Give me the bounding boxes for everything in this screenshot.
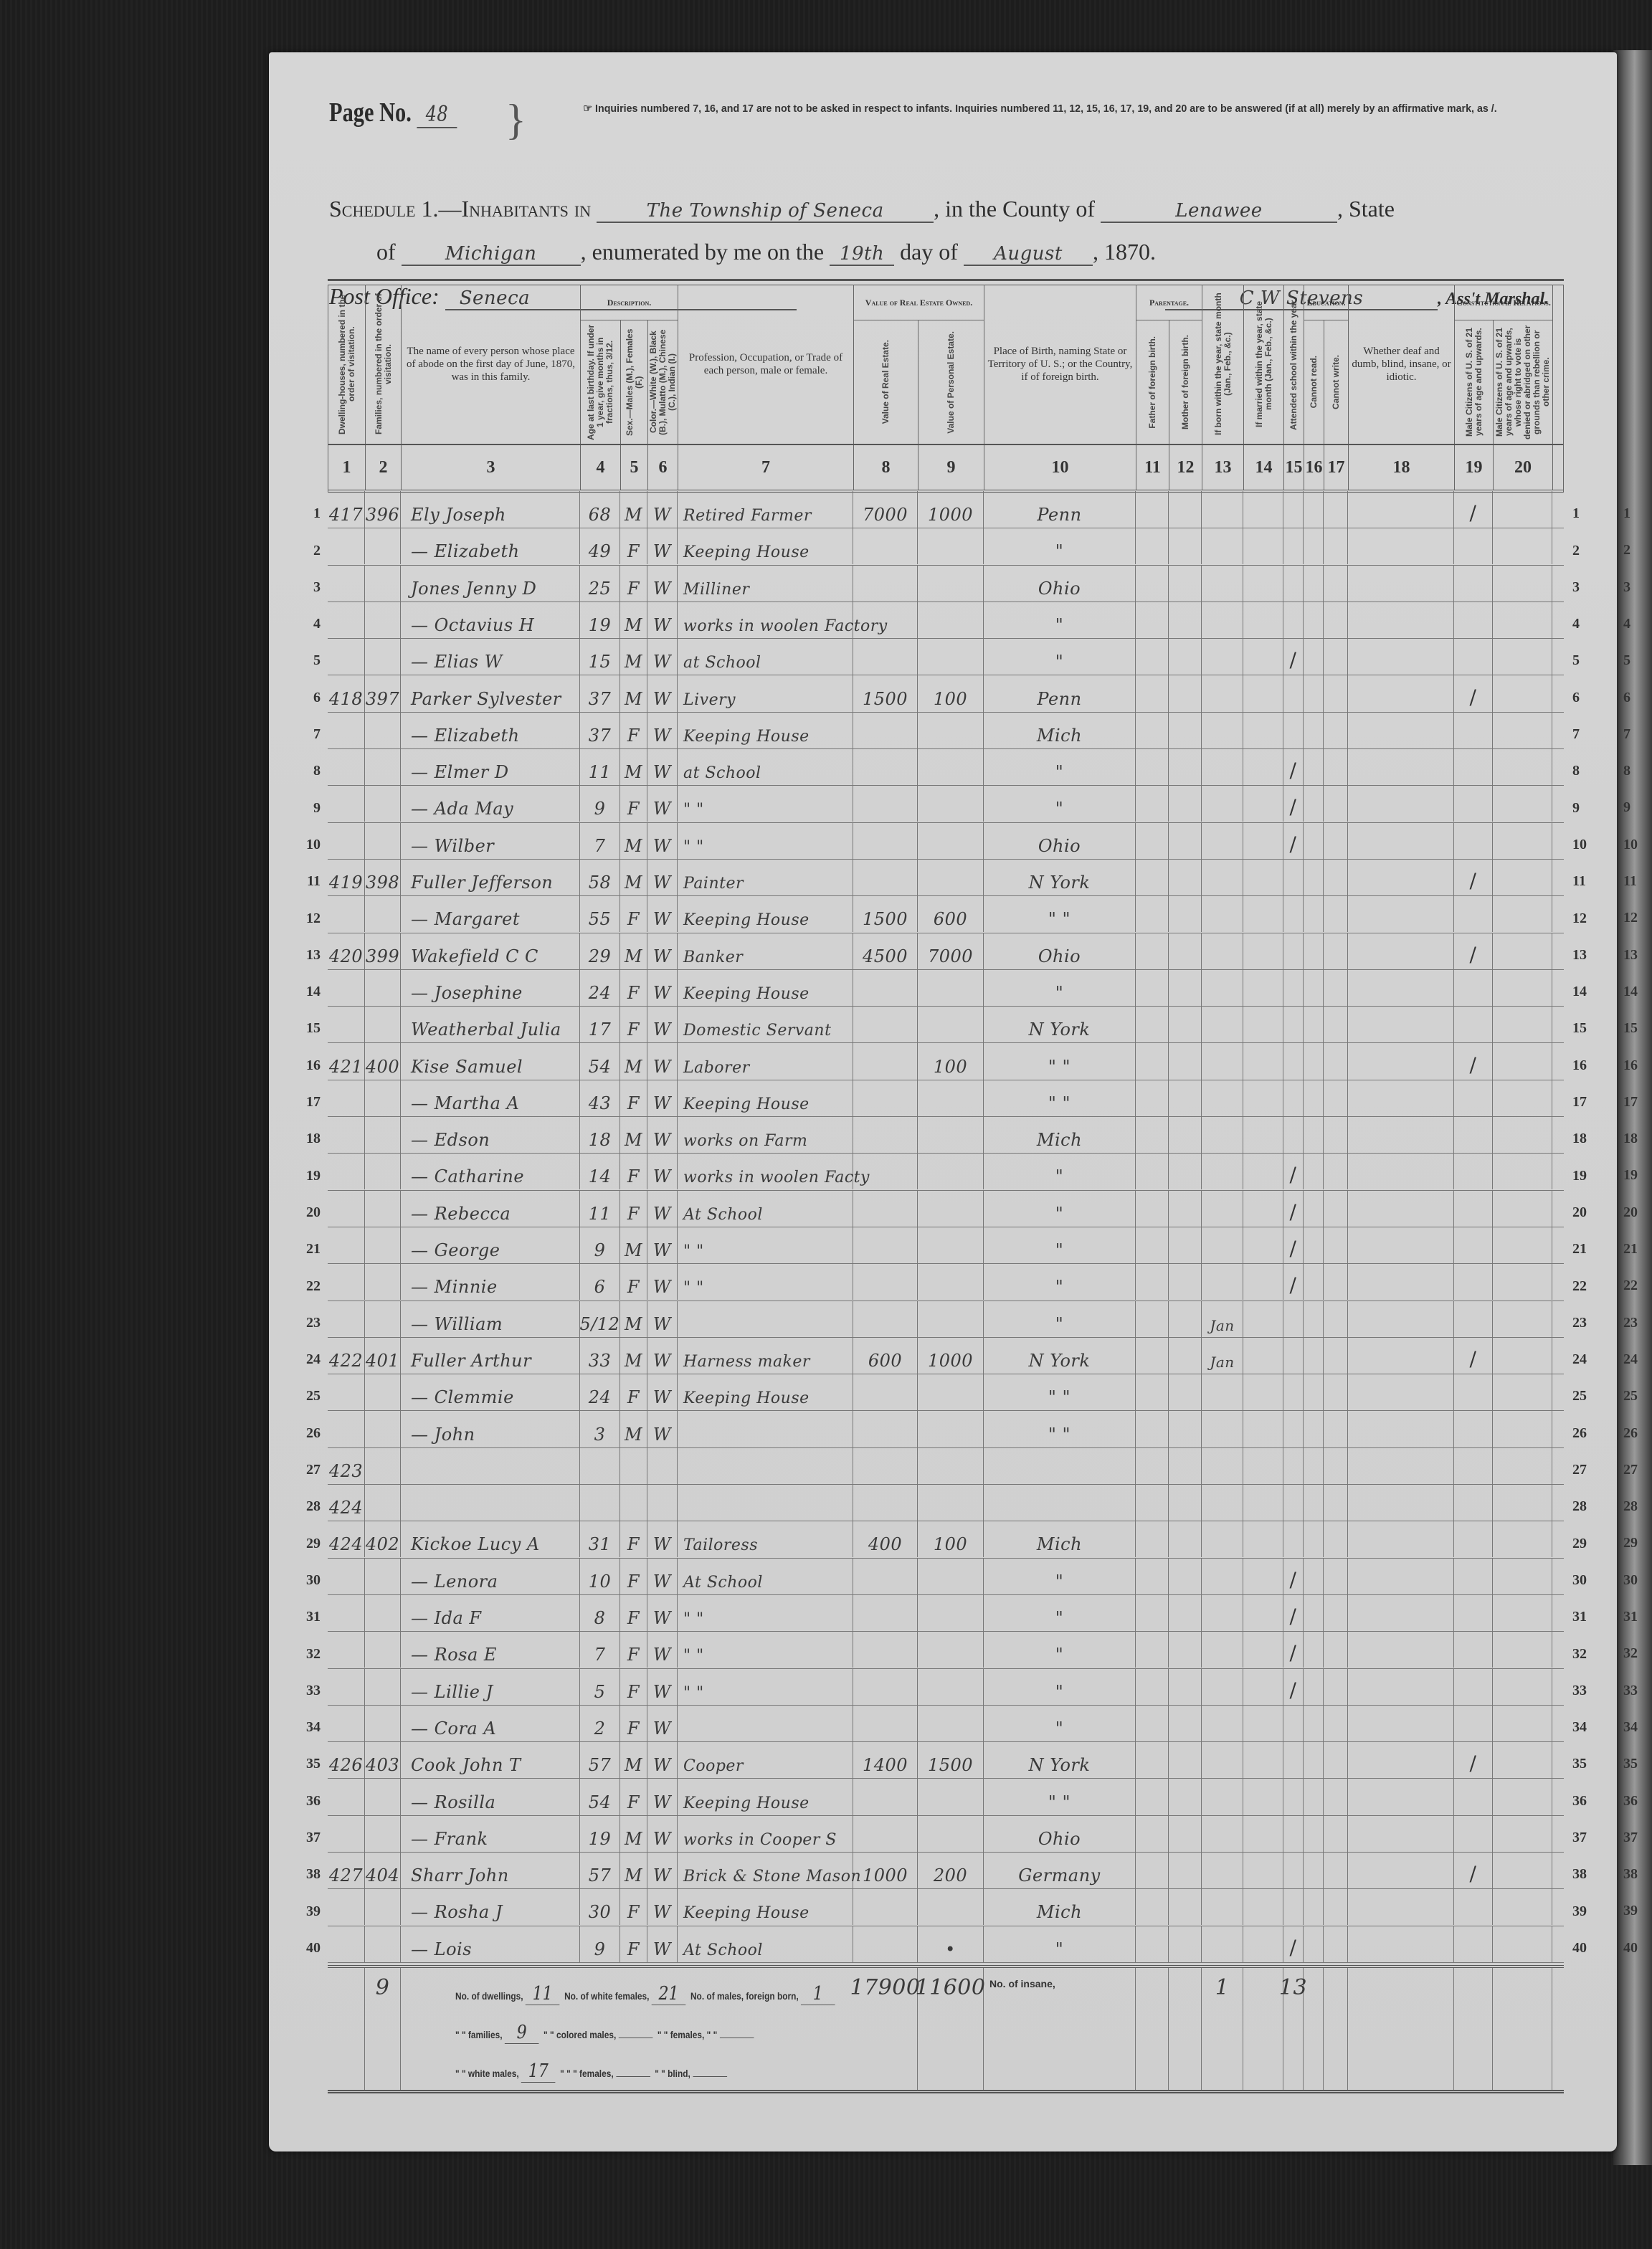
cell-age: 9: [580, 1227, 620, 1263]
cell-empty: [1493, 1411, 1552, 1447]
line-number: 37: [292, 1830, 321, 1846]
line-number: 6: [1572, 690, 1601, 706]
cell-empty: [1169, 785, 1202, 822]
cell-attended-school: /: [1283, 1263, 1304, 1300]
cell-occupation: Milliner: [678, 565, 853, 602]
cell-empty: [1136, 1741, 1169, 1778]
cell-empty: [1136, 1227, 1169, 1263]
cell-empty: [1493, 712, 1552, 748]
cell-empty: [1169, 1594, 1202, 1631]
cell-empty: [1304, 1594, 1324, 1631]
column-header-18: Whether deaf and dumb, blind, insane, or…: [1349, 285, 1455, 444]
blind-count: [693, 2076, 727, 2077]
line-number: 9: [1623, 799, 1630, 816]
cell-born-month: [1202, 1227, 1243, 1263]
cell-empty: [1324, 1888, 1348, 1925]
line-number: 7: [1623, 726, 1630, 743]
cell-real-estate: [853, 1080, 918, 1116]
cell-occupation: [678, 1301, 853, 1337]
cell-sex: M: [620, 1741, 647, 1778]
cell-citizen: [1454, 1926, 1493, 1962]
cell-real-estate: [853, 1888, 918, 1925]
line-number: 31: [1623, 1609, 1638, 1625]
cell-empty: [1243, 895, 1283, 932]
cell-empty: [1348, 1926, 1454, 1962]
table-row: 99— Ada May9FW" ""/: [328, 785, 1564, 822]
cell-empty: [1348, 859, 1454, 895]
white-males-count: 17: [521, 2060, 556, 2083]
cell-empty: [1324, 1815, 1348, 1852]
summary-counts: No. of dwellings, 11 No. of white female…: [455, 1977, 835, 2093]
cell-real-estate: [853, 565, 918, 602]
cell-citizen: [1454, 1779, 1493, 1815]
cell-empty: [1136, 1668, 1169, 1705]
cell-personal-estate: [918, 1631, 984, 1668]
cell-birthplace: ": [984, 969, 1136, 1006]
line-number: 14: [1572, 984, 1601, 1000]
cell-real-estate: 4500: [853, 933, 918, 969]
cell-born-month: [1202, 565, 1243, 602]
cell-empty: [1324, 1263, 1348, 1300]
cell-sex: M: [620, 1301, 647, 1337]
cell-birthplace: ": [984, 1153, 1136, 1189]
cell-age: [580, 1484, 620, 1521]
column-number: 11: [1136, 445, 1169, 490]
cell-dwelling: [328, 1815, 365, 1852]
cell-dwelling: 421: [328, 1043, 365, 1080]
cell-attended-school: [1283, 1705, 1304, 1741]
cell-name: [401, 1447, 580, 1484]
cell-color: W: [647, 675, 678, 712]
cell-citizen: [1454, 602, 1493, 638]
table-row: 3535426403Cook John T57MWCooper14001500N…: [328, 1741, 1564, 1779]
cell-born-month: [1202, 1741, 1243, 1778]
cell-empty: [1493, 748, 1552, 785]
column-number: 1: [328, 445, 366, 490]
cell-dwelling: [328, 1374, 365, 1410]
cell-occupation: At School: [678, 1190, 853, 1227]
cell-empty: [1243, 1926, 1283, 1962]
line-number: 10: [292, 837, 321, 853]
cell-name: — George: [401, 1227, 580, 1263]
cell-empty: [1348, 748, 1454, 785]
cell-empty: [1169, 1227, 1202, 1263]
cell-empty: [1243, 565, 1283, 602]
cell-empty: [1136, 491, 1169, 528]
cell-real-estate: [853, 1301, 918, 1337]
cell-born-month: [1202, 1852, 1243, 1888]
cell-sex: M: [620, 933, 647, 969]
line-number: 18: [292, 1131, 321, 1147]
cell-sex: F: [620, 1594, 647, 1631]
cell-occupation: at School: [678, 748, 853, 785]
cell-dwelling: [328, 1190, 365, 1227]
cell-born-month: [1202, 1411, 1243, 1447]
cell-dwelling: [328, 528, 365, 564]
cell-empty: [1243, 1190, 1283, 1227]
line-number: 18: [1623, 1131, 1638, 1147]
cell-empty: [1243, 528, 1283, 564]
table-row: 3737— Frank19MWworks in Cooper SOhio: [328, 1815, 1564, 1853]
cell-empty: [1136, 1190, 1169, 1227]
summary-total: 9: [365, 1968, 401, 2090]
cell-age: 8: [580, 1594, 620, 1631]
cell-personal-estate: 100: [918, 675, 984, 712]
cell-color: W: [647, 1153, 678, 1189]
column-header-text: Value of Personal Estate.: [946, 328, 956, 437]
cell-name: Fuller Arthur: [401, 1337, 580, 1374]
cell-family: [365, 1006, 401, 1042]
cell-empty: [1243, 1521, 1283, 1557]
cell-attended-school: [1283, 1741, 1304, 1778]
cell-empty: [1304, 638, 1324, 675]
cell-real-estate: 1500: [853, 895, 918, 932]
cell-empty: [1136, 969, 1169, 1006]
cell-empty: [1169, 1190, 1202, 1227]
cell-occupation: Harness maker: [678, 1337, 853, 1374]
cell-dwelling: [328, 1153, 365, 1189]
cell-empty: [1348, 1631, 1454, 1668]
cell-born-month: [1202, 1116, 1243, 1153]
cell-sex: F: [620, 1153, 647, 1189]
cell-name: [401, 1484, 580, 1521]
cell-empty: [1304, 895, 1324, 932]
cell-birthplace: ": [984, 1301, 1136, 1337]
cell-name: — Wilber: [401, 822, 580, 859]
cell-empty: [1324, 785, 1348, 822]
line-number: 24: [1623, 1351, 1638, 1368]
summary-total: 1: [1202, 1968, 1243, 2090]
line-number: 33: [292, 1683, 321, 1699]
cell-name: Parker Sylvester: [401, 675, 580, 712]
cell-personal-estate: 200: [918, 1852, 984, 1888]
summary-total: 13: [1283, 1968, 1304, 2090]
cell-occupation: Keeping House: [678, 1779, 853, 1815]
cell-real-estate: [853, 528, 918, 564]
cell-family: [365, 638, 401, 675]
column-header-text: Attended school within the year.: [1289, 295, 1299, 433]
cell-citizen: /: [1454, 933, 1493, 969]
cell-family: 403: [365, 1741, 401, 1778]
column-header-19: Male Citizens of U. S. of 21 years of ag…: [1455, 320, 1494, 444]
column-header-text: If married within the year, state month …: [1255, 285, 1273, 444]
cell-empty: [1348, 675, 1454, 712]
column-header-14: If married within the year, state month …: [1244, 285, 1284, 444]
summary-cell: [1243, 1968, 1283, 2090]
cell-personal-estate: [918, 969, 984, 1006]
cell-personal-estate: [918, 1705, 984, 1741]
cell-empty: [1348, 1301, 1454, 1337]
cell-real-estate: [853, 1153, 918, 1189]
cell-empty: [1169, 1668, 1202, 1705]
cell-attended-school: [1283, 1888, 1304, 1925]
cell-real-estate: 1500: [853, 675, 918, 712]
cell-sex: F: [620, 1926, 647, 1962]
cell-empty: [1324, 1190, 1348, 1227]
cell-citizen: [1454, 1153, 1493, 1189]
cell-empty: [1304, 675, 1324, 712]
cell-name: — John: [401, 1411, 580, 1447]
cell-attended-school: [1283, 602, 1304, 638]
cell-occupation: Retired Farmer: [678, 491, 853, 528]
cell-citizen: [1454, 1301, 1493, 1337]
cell-dwelling: [328, 1705, 365, 1741]
cell-birthplace: ": [984, 1558, 1136, 1594]
cell-family: [365, 602, 401, 638]
cell-empty: [1348, 1815, 1454, 1852]
cell-family: [365, 565, 401, 602]
line-number: 21: [1623, 1241, 1638, 1257]
cell-empty: [1348, 822, 1454, 859]
column-number-row: 1234567891011121314151617181920: [328, 444, 1563, 493]
cell-name: — Rosa E: [401, 1631, 580, 1668]
cell-color: W: [647, 1741, 678, 1778]
cell-empty: [1169, 1374, 1202, 1410]
cell-empty: [1348, 933, 1454, 969]
line-number: 21: [292, 1241, 321, 1257]
cell-empty: [1493, 1815, 1552, 1852]
cell-name: Kickoe Lucy A: [401, 1521, 580, 1557]
table-row: 88— Elmer D11MWat School"/: [328, 748, 1564, 786]
cell-born-month: [1202, 748, 1243, 785]
line-number: 39: [292, 1903, 321, 1920]
cell-birthplace: ": [984, 1227, 1136, 1263]
cell-born-month: [1202, 638, 1243, 675]
cell-empty: [1243, 748, 1283, 785]
cell-empty: [1304, 1301, 1324, 1337]
cell-empty: [1493, 1926, 1552, 1962]
cell-occupation: Livery: [678, 675, 853, 712]
cell-empty: [1304, 1705, 1324, 1741]
line-number: 1: [1623, 505, 1630, 522]
cell-empty: [1304, 1116, 1324, 1153]
cell-empty: [1493, 895, 1552, 932]
cell-name: — Edson: [401, 1116, 580, 1153]
cell-sex: M: [620, 859, 647, 895]
cell-color: W: [647, 895, 678, 932]
line-number: 17: [292, 1094, 321, 1111]
cell-empty: [1243, 1852, 1283, 1888]
summary-cell: [1169, 1968, 1202, 2090]
cell-attended-school: [1283, 712, 1304, 748]
table-row: 3838427404Sharr John57MWBrick & Stone Ma…: [328, 1852, 1564, 1889]
line-number: 31: [1572, 1609, 1601, 1625]
column-header-text: Male Citizens of U. S. of 21 years of ag…: [1465, 320, 1484, 444]
line-number: 10: [1623, 837, 1638, 853]
column-header-1: Dwelling-houses, numbered in the order o…: [328, 285, 366, 444]
cell-age: 29: [580, 933, 620, 969]
cell-empty: [1136, 1521, 1169, 1557]
line-number: 22: [292, 1278, 321, 1295]
cell-sex: M: [620, 491, 647, 528]
cell-empty: [1169, 1741, 1202, 1778]
column-header-5: Sex.—Males (M.), Females (F.): [621, 320, 648, 444]
cell-personal-estate: [918, 859, 984, 895]
line-number: 11: [292, 873, 321, 890]
cell-citizen: /: [1454, 1043, 1493, 1080]
cell-empty: [1348, 1852, 1454, 1888]
cell-occupation: works in woolen Facty: [678, 1153, 853, 1189]
cell-color: W: [647, 1594, 678, 1631]
cell-empty: [1136, 1006, 1169, 1042]
cell-occupation: works in Cooper S: [678, 1815, 853, 1852]
cell-name: Ely Joseph: [401, 491, 580, 528]
cell-empty: [1493, 1631, 1552, 1668]
cell-empty: [1304, 602, 1324, 638]
cell-empty: [1324, 1668, 1348, 1705]
cell-sex: F: [620, 1080, 647, 1116]
cell-empty: [1348, 1006, 1454, 1042]
column-number: 15: [1284, 445, 1304, 490]
cell-occupation: Keeping House: [678, 1080, 853, 1116]
cell-empty: [1324, 712, 1348, 748]
cell-color: W: [647, 785, 678, 822]
line-number: 33: [1572, 1683, 1601, 1699]
cell-empty: [1493, 1153, 1552, 1189]
cell-name: — Cora A: [401, 1705, 580, 1741]
cell-family: [365, 1926, 401, 1962]
cell-citizen: [1454, 565, 1493, 602]
cell-empty: [1136, 1043, 1169, 1080]
line-number: 37: [1623, 1830, 1638, 1846]
cell-color: W: [647, 1043, 678, 1080]
cell-color: W: [647, 1558, 678, 1594]
line-number: 14: [292, 984, 321, 1000]
cell-empty: [1136, 712, 1169, 748]
cell-dwelling: 419: [328, 859, 365, 895]
line-number: 29: [1572, 1536, 1601, 1552]
cell-citizen: /: [1454, 1337, 1493, 1374]
cell-age: 2: [580, 1705, 620, 1741]
cell-empty: [1493, 1080, 1552, 1116]
summary-cell: [328, 1968, 365, 2090]
cell-empty: [1136, 1484, 1169, 1521]
cell-personal-estate: [918, 1080, 984, 1116]
column-header-6: Color.—White (W.), Black (B.), Mulatto (…: [648, 320, 678, 444]
cell-empty: [1493, 1668, 1552, 1705]
cell-family: 399: [365, 933, 401, 969]
cell-age: 24: [580, 1374, 620, 1410]
cell-empty: [1324, 602, 1348, 638]
cell-empty: [1348, 1594, 1454, 1631]
line-number: 30: [292, 1572, 321, 1589]
line-number: 27: [1623, 1462, 1638, 1478]
cell-empty: [1304, 528, 1324, 564]
summary-total: 17900: [853, 1968, 918, 2090]
line-number: 4: [1572, 616, 1601, 632]
cell-color: W: [647, 1080, 678, 1116]
cell-attended-school: [1283, 1043, 1304, 1080]
cell-empty: [1324, 969, 1348, 1006]
cell-empty: [1169, 675, 1202, 712]
cell-empty: [1348, 1411, 1454, 1447]
column-header-text: Value of Real Estate.: [881, 337, 891, 427]
cell-name: — Elizabeth: [401, 528, 580, 564]
column-header-text: Mother of foreign birth.: [1181, 332, 1190, 432]
cell-empty: [1493, 1484, 1552, 1521]
table-row: 3232— Rosa E7FW" ""/: [328, 1631, 1564, 1668]
cell-empty: [1493, 491, 1552, 528]
cell-age: 31: [580, 1521, 620, 1557]
line-number: 25: [292, 1388, 321, 1404]
column-group-title: Description.: [581, 285, 678, 320]
cell-sex: M: [620, 1116, 647, 1153]
cell-empty: [1324, 1043, 1348, 1080]
cell-sex: F: [620, 1190, 647, 1227]
cell-citizen: [1454, 1447, 1493, 1484]
cell-attended-school: /: [1283, 1631, 1304, 1668]
line-number: 28: [292, 1498, 321, 1515]
cell-dwelling: 426: [328, 1741, 365, 1778]
cell-citizen: [1454, 638, 1493, 675]
cell-occupation: " ": [678, 822, 853, 859]
cell-empty: [1304, 1447, 1324, 1484]
line-number: 40: [1572, 1940, 1601, 1956]
cell-birthplace: ": [984, 1190, 1136, 1227]
cell-empty: [1348, 528, 1454, 564]
line-number: 25: [1572, 1388, 1601, 1404]
column-header-text: Profession, Occupation, or Trade of each…: [678, 351, 853, 377]
cell-real-estate: [853, 638, 918, 675]
line-number: 26: [292, 1425, 321, 1442]
cell-empty: [1493, 933, 1552, 969]
cell-name: — Clemmie: [401, 1374, 580, 1410]
cell-name: Kise Samuel: [401, 1043, 580, 1080]
line-number: 28: [1623, 1498, 1638, 1515]
cell-color: W: [647, 969, 678, 1006]
cell-dwelling: [328, 1558, 365, 1594]
cell-sex: F: [620, 1668, 647, 1705]
cell-age: [580, 1447, 620, 1484]
cell-birthplace: " ": [984, 895, 1136, 932]
cell-empty: [1136, 1852, 1169, 1888]
cell-birthplace: " ": [984, 1779, 1136, 1815]
cell-empty: [1243, 785, 1283, 822]
cell-attended-school: /: [1283, 1926, 1304, 1962]
column-header-8: Value of Real Estate.: [854, 320, 918, 444]
colored-males-count: [619, 2038, 653, 2038]
summary-cell: [1136, 1968, 1169, 2090]
cell-real-estate: [853, 1190, 918, 1227]
cell-born-month: [1202, 933, 1243, 969]
cell-family: 397: [365, 675, 401, 712]
cell-attended-school: [1283, 491, 1304, 528]
cell-empty: [1304, 1888, 1324, 1925]
cell-empty: [1169, 491, 1202, 528]
table-row: 2121— George9MW" ""/: [328, 1227, 1564, 1264]
cell-color: W: [647, 565, 678, 602]
cell-attended-school: [1283, 1815, 1304, 1852]
table-row: 3030— Lenora10FWAt School"/: [328, 1558, 1564, 1595]
cell-family: [365, 1631, 401, 1668]
cell-personal-estate: [918, 1190, 984, 1227]
cell-empty: [1169, 1447, 1202, 1484]
cell-born-month: [1202, 1153, 1243, 1189]
cell-family: 400: [365, 1043, 401, 1080]
cell-empty: [1493, 1447, 1552, 1484]
cell-born-month: [1202, 1815, 1243, 1852]
cell-birthplace: ": [984, 602, 1136, 638]
cell-color: W: [647, 933, 678, 969]
cell-occupation: Keeping House: [678, 969, 853, 1006]
line-number: 5: [1572, 652, 1601, 669]
cell-empty: [1243, 1815, 1283, 1852]
summary-cell: [1324, 1968, 1348, 2090]
cell-age: 7: [580, 1631, 620, 1668]
line-number: 1: [292, 505, 321, 522]
cell-birthplace: Mich: [984, 1888, 1136, 1925]
cell-empty: [1493, 1374, 1552, 1410]
